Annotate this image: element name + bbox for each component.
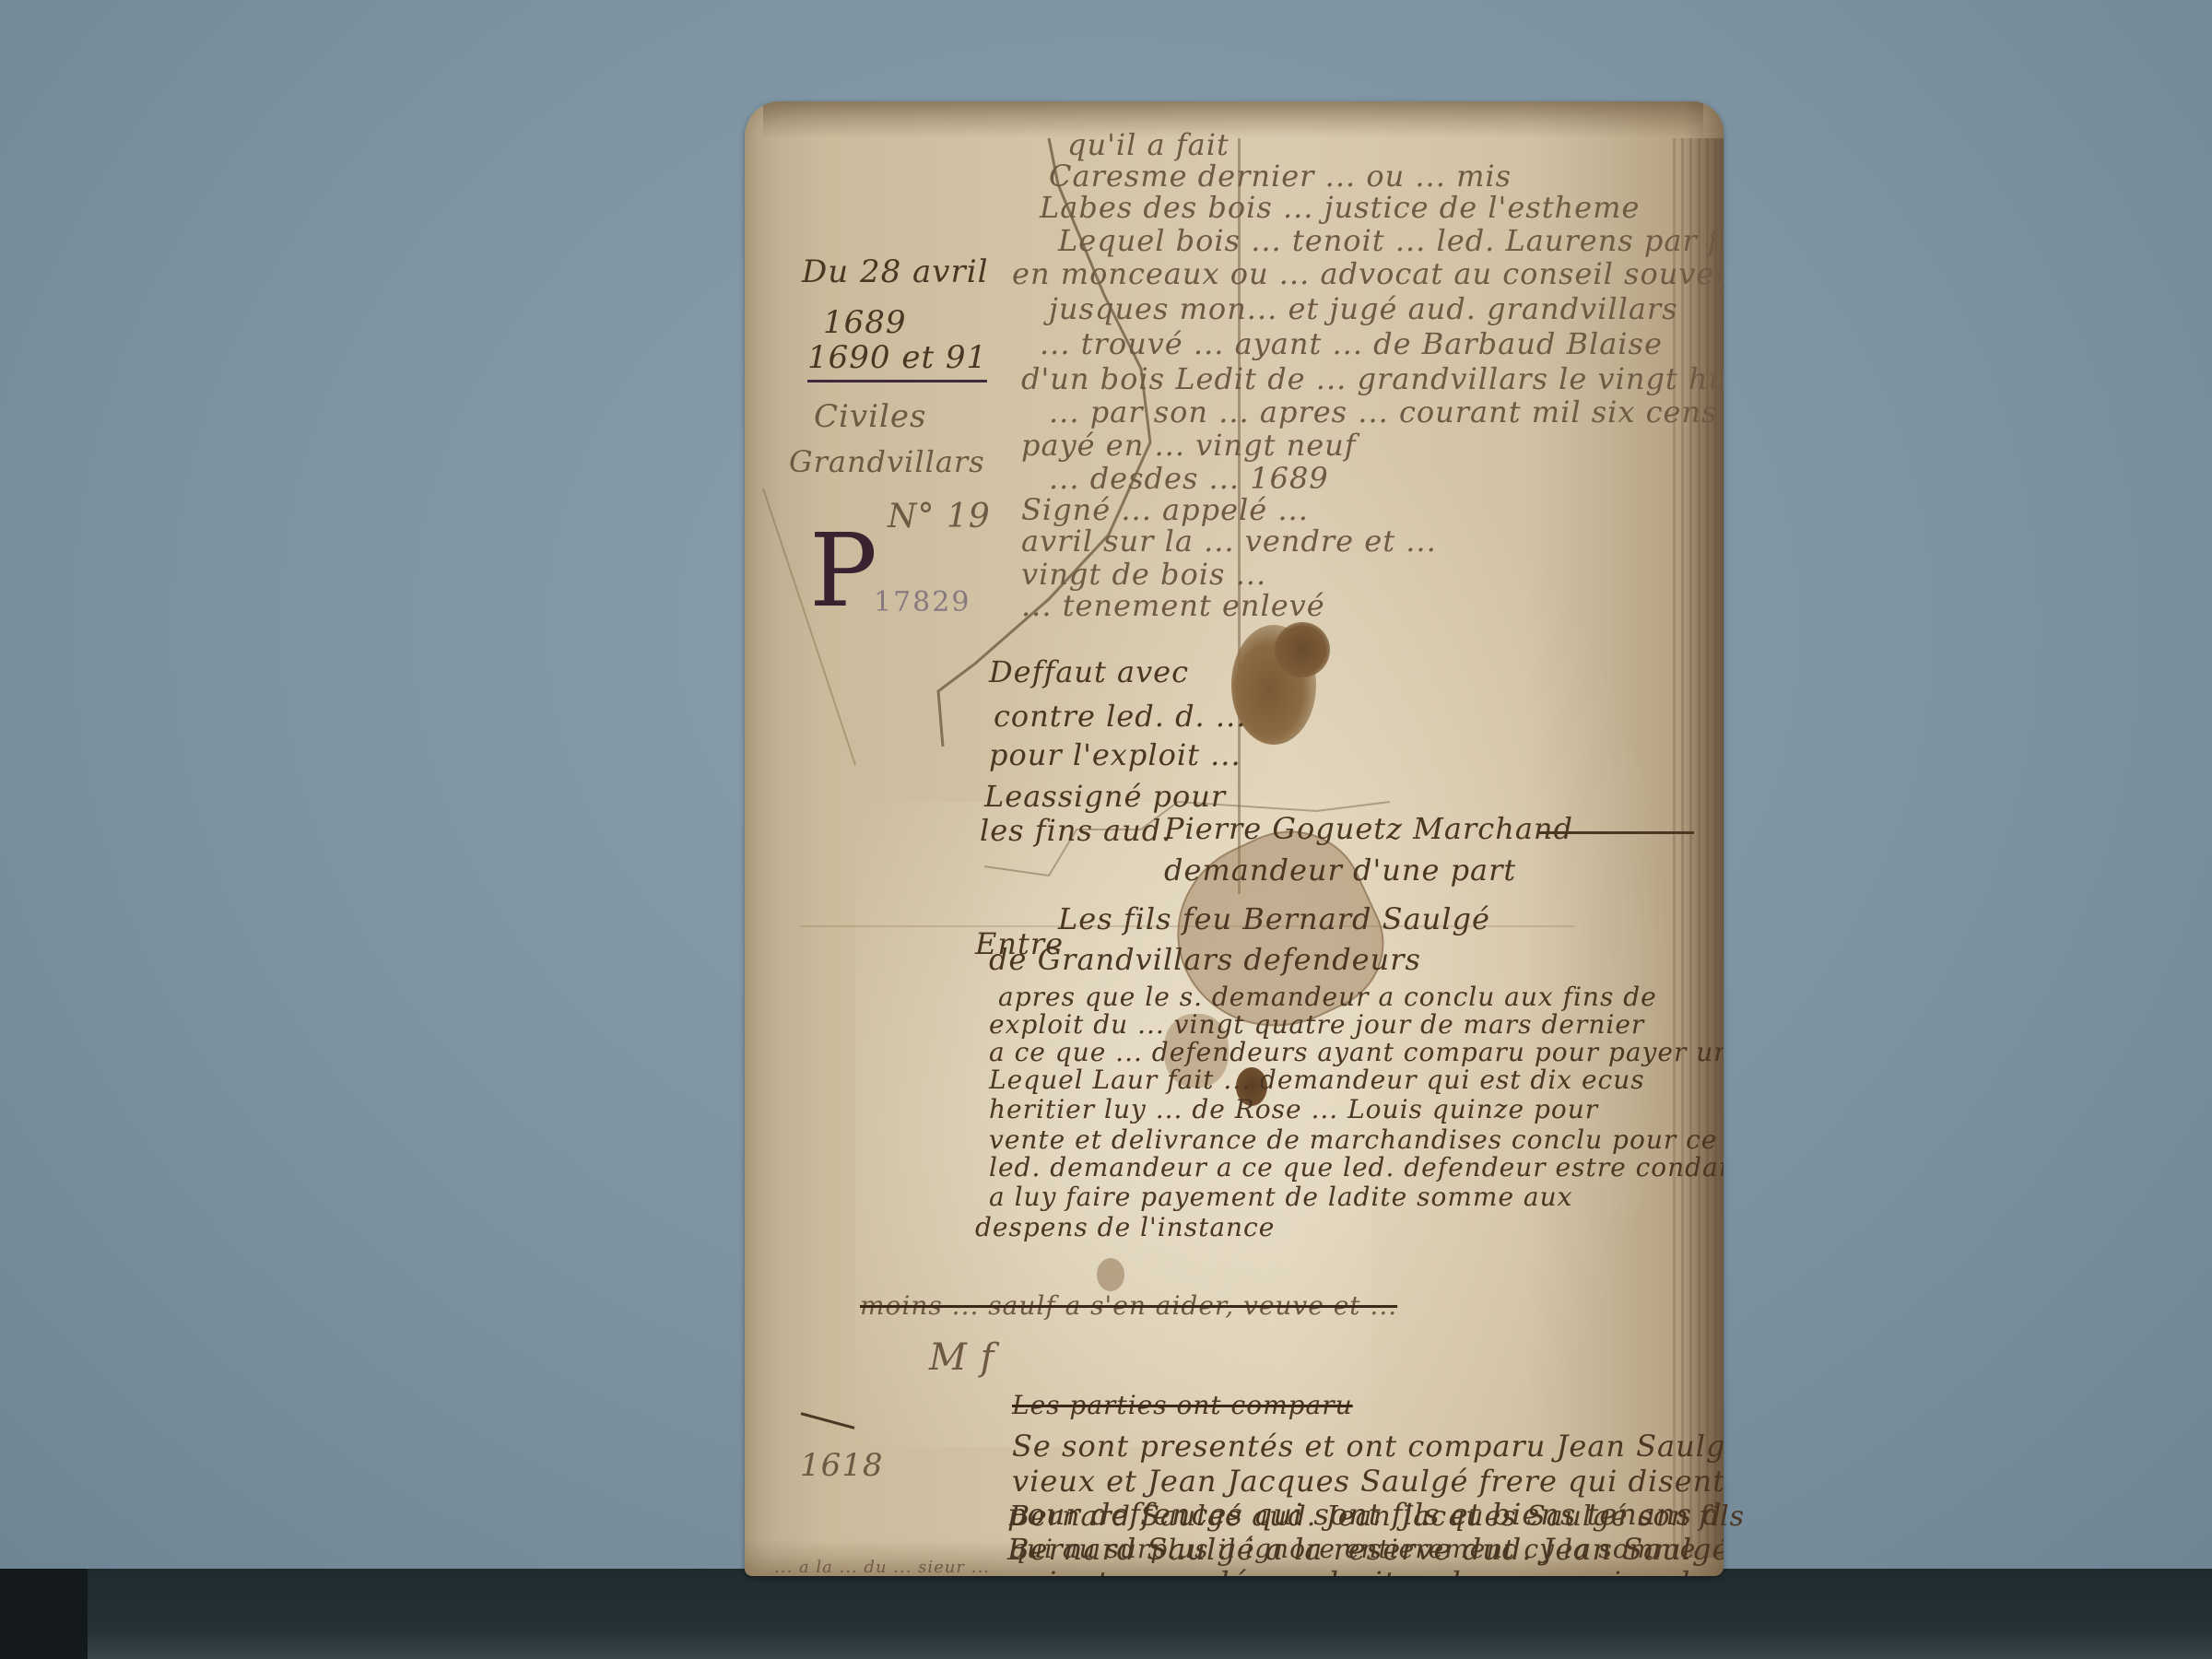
text-line: despens de l'instance [975, 1212, 1275, 1242]
text-line: ... desdes ... 1689 [1049, 461, 1329, 496]
margin-year: 1689 [823, 304, 907, 341]
text-line: Labes des bois ... justice de l'estheme [1040, 190, 1640, 225]
text-line: led. demandeur a ce que led. defendeur e… [989, 1152, 1724, 1182]
defaut-line: les fins aud. [980, 813, 1171, 848]
dark-shelf-strip [0, 1569, 2212, 1659]
page-worn-right-edge [1673, 138, 1724, 1558]
text-line: vingt de bois ... [1021, 557, 1266, 592]
defaut-line: Deffaut avec [989, 654, 1189, 689]
defaut-line: pour l'exploit ... [989, 737, 1241, 772]
page-top-edge [763, 101, 1703, 138]
text-line: vente et delivrance de marchandises conc… [989, 1124, 1717, 1155]
text-line: heritier luy ... de Rose ... Louis quinz… [989, 1094, 1598, 1124]
text-line: exploit du ... vingt quatre jour de mars… [989, 1009, 1644, 1040]
text-line: Se sont presentés et ont comparu Jean Sa… [1012, 1429, 1724, 1464]
text-line: qu'il a fait [1067, 127, 1230, 162]
margin-title-place: Grandvillars [789, 444, 985, 479]
plaintiff-name: Pierre Goguetz Marchand [1164, 811, 1573, 846]
margin-date: Du 28 avril [802, 253, 989, 290]
archive-stamp-number: 17829 [874, 586, 971, 618]
text-line: d'un bois Ledit de ... grandvillars le v… [1021, 361, 1724, 396]
text-line: Signé ... appelé ... [1021, 492, 1309, 527]
margin-dash [801, 1412, 855, 1429]
margin-years-alt: 1690 et 91 [807, 339, 987, 382]
text-line: Lequel Laur fait ... demandeur qui est d… [989, 1065, 1645, 1095]
defendant-place: de Grandvillars defendeurs [989, 942, 1421, 977]
text-line: Caresme dernier ... ou ... mis [1049, 159, 1512, 194]
margin-side-year: 1618 [800, 1447, 884, 1484]
text-line: vieux et Jean Jacques Saulgé frere qui d… [1012, 1464, 1724, 1499]
margin-number: N° 19 [888, 498, 991, 535]
text-line: ... tenement enlevé [1021, 588, 1325, 623]
text-line: ... par son ... apres ... courant mil si… [1049, 394, 1724, 429]
text-line: Lequel bois ... tenoit ... led. Laurens … [1058, 223, 1724, 258]
text-line: jusques mon... et jugé aud. grandvillars [1049, 291, 1678, 326]
struck-line: moins ... saulf a s'en aider, veuve et .… [860, 1290, 1397, 1321]
rule-line [1537, 831, 1694, 834]
ink-stain [1275, 622, 1330, 677]
text-line: avril sur la ... vendre et ... [1021, 524, 1437, 559]
defaut-line: Leassigné pour [984, 779, 1226, 814]
mark-signature: M f [929, 1336, 994, 1379]
plaintiff-role: demandeur d'une part [1164, 853, 1516, 888]
text-line: Bernard Saulgé aud. Jean Jacques Saulgé … [1009, 1500, 1745, 1533]
margin-title-civiles: Civiles [814, 398, 926, 435]
text-line: qui au surplus il ignore entierement cy … [1009, 1534, 1696, 1564]
text-line: a ce que ... defendeurs ayant comparu po… [989, 1037, 1724, 1067]
defaut-line: contre led. d. ... [994, 699, 1246, 734]
text-line: qui a tous cedé ses droits a la successi… [1007, 1565, 1724, 1576]
text-line: a luy faire payement de ladite somme aux [989, 1182, 1572, 1212]
defendant-name: Les fils feu Bernard Saulgé [1058, 901, 1490, 936]
margin-letter-p: P [809, 512, 878, 629]
bottom-note: ... a la ... du ... sieur ... [774, 1558, 990, 1577]
struck-heading: Les parties ont comparu [1012, 1390, 1353, 1420]
text-line: ... trouvé ... ayant ... de Barbaud Blai… [1040, 326, 1663, 361]
text-line: payé en ... vingt neuf [1021, 428, 1357, 463]
text-line: en monceaux ou ... advocat au conseil so… [1012, 256, 1724, 291]
manuscript-page: Du 28 avril 1689 1690 et 91 Civiles Gran… [745, 101, 1724, 1576]
faint-stain [1097, 1258, 1124, 1291]
shelf-shadow [0, 1569, 88, 1659]
text-line: apres que le s. demandeur a conclu aux f… [998, 982, 1657, 1012]
